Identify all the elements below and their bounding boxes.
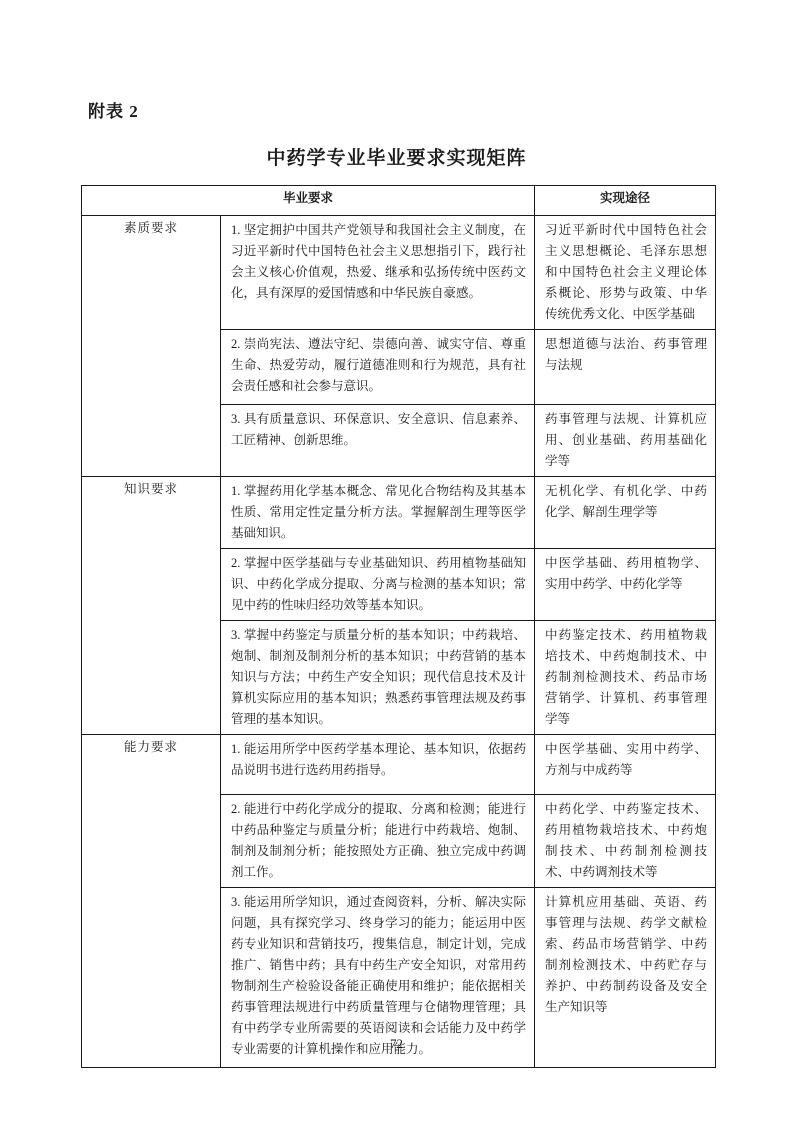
pathway-cell: 中医学基础、药用植物学、实用中药学、中药化学等	[535, 549, 716, 621]
pathway-cell: 中药化学、中药鉴定技术、药用植物栽培技术、中药炮制技术、中药制剂检测技术、中药调…	[535, 795, 716, 888]
table-header-row: 毕业要求 实现途径	[82, 186, 716, 216]
requirement-cell: 1. 掌握药用化学基本概念、常见化合物结构及其基本性质、常用定性定量分析方法。掌…	[221, 477, 535, 549]
page-title: 中药学专业毕业要求实现矩阵	[0, 143, 793, 170]
requirement-cell: 2. 能进行中药化学成分的提取、分离和检测；能进行中药品种鉴定与质量分析；能进行…	[221, 795, 535, 888]
table-row: 知识要求 1. 掌握药用化学基本概念、常见化合物结构及其基本性质、常用定性定量分…	[82, 477, 716, 549]
page-number: 72	[0, 1036, 793, 1052]
requirement-cell: 3. 掌握中药鉴定与质量分析的基本知识；中药栽培、炮制、制剂及制剂分析的基本知识…	[221, 621, 535, 735]
requirement-cell: 1. 坚定拥护中国共产党领导和我国社会主义制度，在习近平新时代中国特色社会主义思…	[221, 216, 535, 330]
pathway-cell: 中药鉴定技术、药用植物栽培技术、中药炮制技术、中药制剂检测技术、药品市场营销学、…	[535, 621, 716, 735]
group-label-ability: 能力要求	[82, 735, 221, 1068]
requirement-cell: 2. 崇尚宪法、遵法守纪、崇德向善、诚实守信、尊重生命、热爱劳动，履行道德准则和…	[221, 330, 535, 405]
group-label-knowledge: 知识要求	[82, 477, 221, 735]
requirement-cell: 2. 掌握中医学基础与专业基础知识、药用植物基础知识、中药化学成分提取、分离与检…	[221, 549, 535, 621]
table-row: 素质要求 1. 坚定拥护中国共产党领导和我国社会主义制度，在习近平新时代中国特色…	[82, 216, 716, 330]
pathway-cell: 中医学基础、实用中药学、方剂与中成药等	[535, 735, 716, 795]
appendix-label: 附表 2	[88, 97, 139, 122]
header-cell-requirements: 毕业要求	[82, 186, 535, 216]
matrix-table: 毕业要求 实现途径 素质要求 1. 坚定拥护中国共产党领导和我国社会主义制度，在…	[81, 185, 716, 1068]
header-cell-pathways: 实现途径	[535, 186, 716, 216]
document-page: 附表 2 中药学专业毕业要求实现矩阵 毕业要求 实现途径 素质要求 1. 坚定拥…	[0, 0, 793, 1122]
table-row: 能力要求 1. 能运用所学中医药学基本理论、基本知识，依据药品说明书进行选药用药…	[82, 735, 716, 795]
requirement-cell: 3. 具有质量意识、环保意识、安全意识、信息素养、工匠精神、创新思维。	[221, 405, 535, 477]
requirement-cell: 1. 能运用所学中医药学基本理论、基本知识，依据药品说明书进行选药用药指导。	[221, 735, 535, 795]
pathway-cell: 思想道德与法治、药事管理与法规	[535, 330, 716, 405]
pathway-cell: 药事管理与法规、计算机应用、创业基础、药用基础化学等	[535, 405, 716, 477]
pathway-cell: 习近平新时代中国特色社会主义思想概论、毛泽东思想和中国特色社会主义理论体系概论、…	[535, 216, 716, 330]
group-label-quality: 素质要求	[82, 216, 221, 477]
pathway-cell: 无机化学、有机化学、中药化学、解剖生理学等	[535, 477, 716, 549]
